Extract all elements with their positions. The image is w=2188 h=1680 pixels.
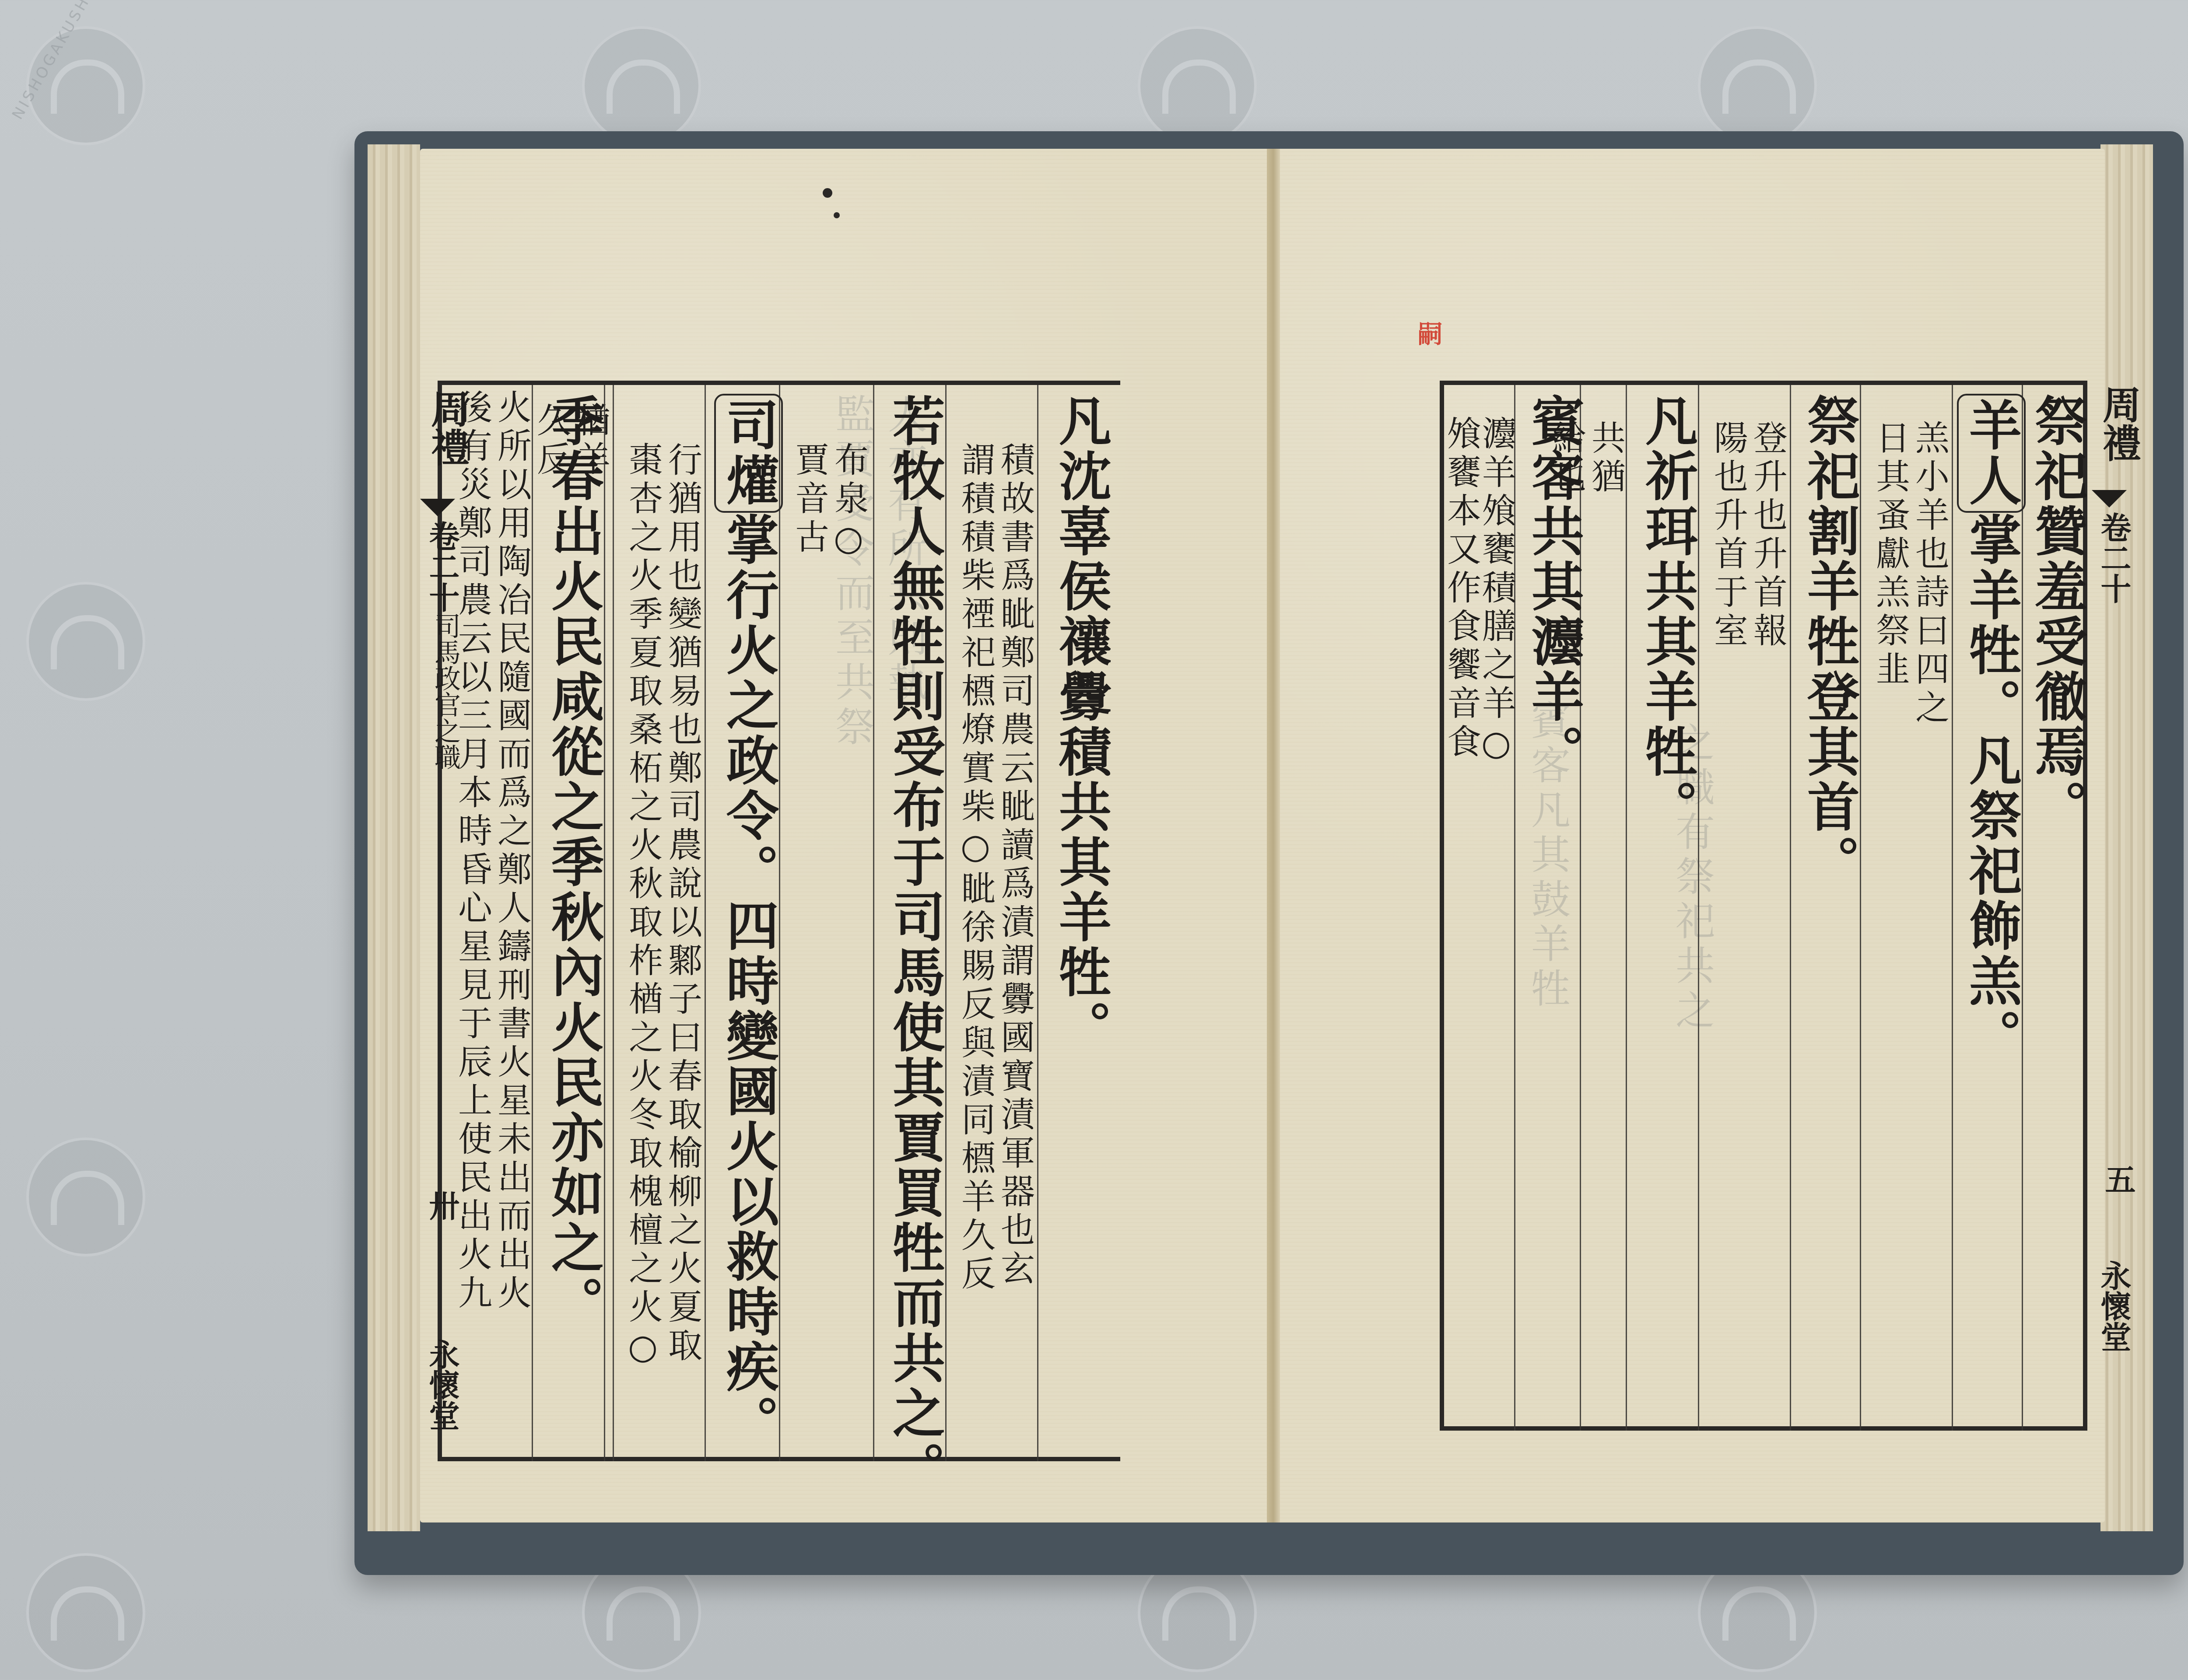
margin-book-title: 周禮 [420,389,475,466]
text-column-main: 若牧人無牲則受布于司馬使其賈買牲而共之。 [888,394,941,1496]
text-column-main: 祭祀贊羞受徹焉。 [2030,394,2083,835]
text-column-note: 棗杏之火季夏取桑柘之火秋取柞楢之火冬取槐檀之火○ [626,442,660,1371]
watermark-logo [26,1553,145,1672]
watermark-logo [26,582,145,701]
text-column-main: 羊人掌羊牲。凡祭祀飾羔。 [1965,394,2017,1064]
text-column-main: 祭祀割羊牲登其首。 [1803,394,1855,890]
book-gutter [1267,149,1280,1522]
column-rule [873,385,874,1461]
column-rule [613,385,614,1461]
text-column-note: 行猶用也變猶易也鄭司農說以鄹子曰春取榆柳之火夏取 [665,442,699,1366]
column-rule [1626,385,1627,1431]
text-column-note: 賈音古 [792,442,826,557]
fishtail-marker [2092,490,2127,507]
column-rule [1037,385,1038,1461]
text-column-main: 凡沈辜侯禳釁積共其羊牲。 [1055,394,1107,1055]
margin-section-title: 司馬政官之職 [427,612,464,770]
text-column-note: 積故書爲眦鄭司農云眦讀爲漬謂釁國寶漬軍器也玄 [998,442,1032,1289]
margin-bottom-mark: 永懷堂 [420,1339,464,1431]
text-column-note: 日其蚤獻羔祭韭 [1873,420,1907,689]
watermark-logo [26,1137,145,1256]
ink-stain [834,212,840,218]
fishtail-marker [420,499,455,516]
red-seal-stamp: 嗣 [1418,315,1442,350]
margin-page-number: 卅 [420,1190,464,1221]
text-column-main: 賓客共其灋羊。 [1527,394,1580,780]
margin-bottom-mark: 永懷堂 [2092,1260,2136,1352]
boxed-heading: 司爟 [714,394,783,513]
text-column-main: 司爟掌行火之政令。四時變國火以救時疾。 [722,394,775,1450]
text-column-note: 登升也升首報 [1750,420,1785,651]
text-column-note: 布泉○ [831,442,866,563]
watermark-logo [1138,26,1257,145]
column-rule [532,385,533,1461]
main-text: 掌行火之政令。四時變國火以救時疾。 [718,513,779,1450]
text-column-note: 羔小羊也詩曰四之 [1912,420,1946,728]
text-column-note: 灋羊飧饔積膳之羊○ [1479,416,1513,767]
text-column-note: 陽也升首于室 [1711,420,1745,651]
main-text: 掌羊牲。凡祭祀飾羔。 [1960,513,2022,1064]
text-column-note: 飧饔本又作食饗音食 [1444,416,1478,762]
margin-volume: 卷二十 [2092,512,2136,604]
text-column-main: 季春出火民咸從之季秋內火民亦如之。 [547,394,600,1331]
column-rule [1790,385,1791,1431]
text-column-note: 共猶 [1588,420,1623,497]
column-rule [705,385,706,1461]
margin-volume: 卷二十 [420,521,464,612]
ink-stain [823,188,832,198]
text-column-main: 凡祈珥共其羊牲。 [1641,394,1694,835]
column-rule [1952,385,1953,1431]
watermark-logo [1698,26,1817,145]
watermark-logo [582,26,701,145]
margin-book-title: 周禮 [2092,385,2147,462]
boxed-heading: 羊人 [1957,394,2026,513]
text-column-note: 謂積積柴禋祀槱燎實柴○眦徐賜反與漬同槱羊久反 [958,442,992,1294]
text-column-note: 火所以用陶冶民隨國而爲之鄭人鑄刑書火星未出而出火 [494,389,529,1313]
margin-page-number: 五 [2096,1164,2140,1194]
page-edges-left [368,144,420,1531]
